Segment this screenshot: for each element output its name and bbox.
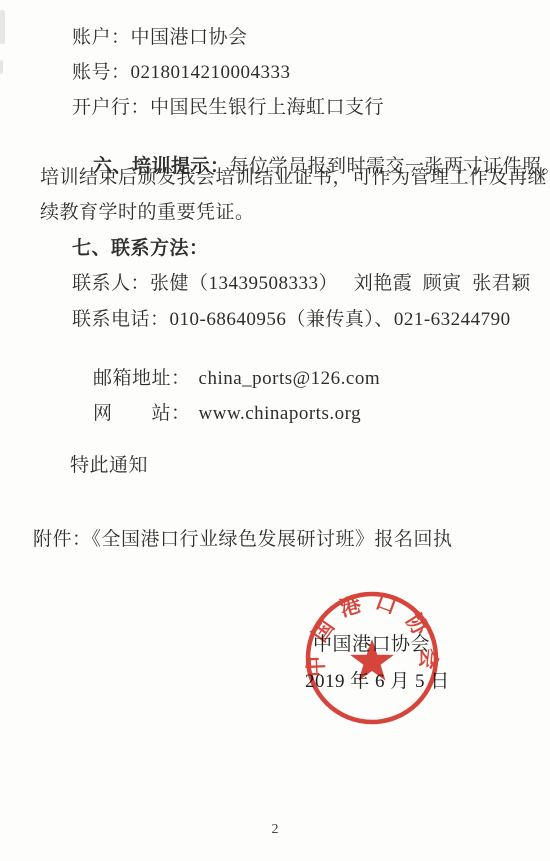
section-six-line3: 续教育学时的重要凭证。 (40, 201, 255, 225)
attachment-line: 附件：《全国港口行业绿色发展研讨班》报名回执 (33, 528, 453, 552)
star-icon (350, 639, 394, 681)
website-line: 网 站：www.chinaports.org (72, 378, 361, 450)
scan-artifact (0, 60, 3, 74)
contact-person-line: 联系人：张健（13439508333） 刘艳霞 顾寅 张君颖 (72, 272, 531, 296)
bank-account-number-line: 账号：0218014210004333 (72, 61, 291, 85)
closing-notice: 特此通知 (70, 454, 148, 478)
document-page: 账户：中国港口协会 账号：0218014210004333 开户行：中国民生银行… (0, 0, 550, 861)
page-number: 2 (0, 822, 550, 838)
section-seven-heading: 七、联系方法： (72, 237, 209, 261)
website-label: 网 站： (93, 403, 191, 424)
scan-artifact (0, 10, 5, 44)
official-seal-stamp: 中国港口协会 (292, 582, 452, 734)
bank-branch-line: 开户行：中国民生银行上海虹口支行 (72, 96, 384, 120)
website-value: www.chinaports.org (199, 403, 362, 424)
bank-account-name-line: 账户：中国港口协会 (72, 26, 248, 50)
contact-phone-line: 联系电话：010-68640956（兼传真）、021-63244790 (72, 308, 511, 332)
section-six-line2: 培训结束后颁发我会培训结业证书，可作为管理工作及再继 (40, 166, 547, 190)
